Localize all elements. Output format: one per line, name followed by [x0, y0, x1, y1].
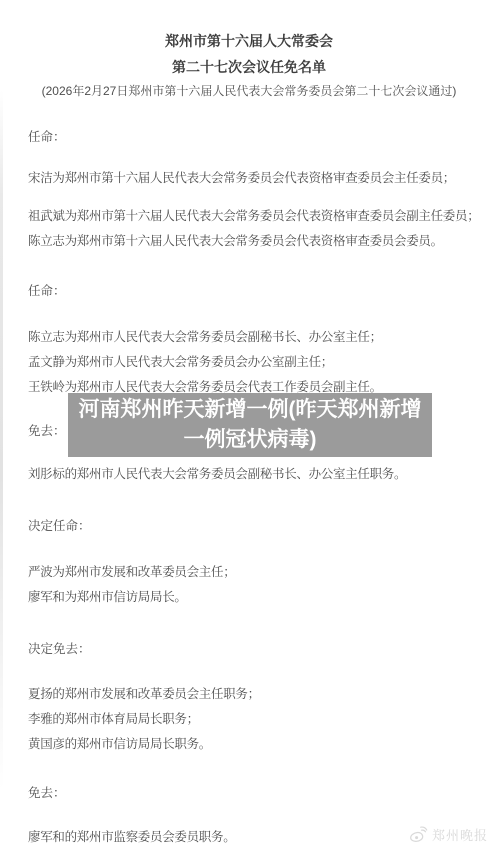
section-heading: 任命： — [28, 281, 470, 301]
appointment-line: 祖武斌为郑州市第十六届人民代表大会常务委员会代表资格审查委员会副主任委员； — [28, 204, 470, 229]
appointment-line: 陈立志为郑州市人民代表大会常务委员会副秘书长、办公室主任； — [28, 325, 470, 350]
watermark: 郑州晚报 — [408, 825, 488, 844]
doc-title-line2: 第二十七次会议任免名单 — [28, 56, 470, 78]
section-appointment-committee: 任命： 宋洁为郑州市第十六届人民代表大会常务委员会代表资格审查委员会主任委员； … — [28, 127, 470, 254]
doc-subtitle: (2026年2月27日郑州市第十六届人民代表大会常务委员会第二十七次会议通过) — [28, 82, 470, 100]
removal-line: 黄国彦的郑州市信访局局长职务。 — [28, 732, 470, 757]
section-heading: 任命： — [28, 127, 470, 147]
section-decide-removal: 决定免去： 夏扬的郑州市发展和改革委员会主任职务； 李雅的郑州市体育局局长职务；… — [28, 639, 470, 757]
removal-line: 廖军和的郑州市监察委员会委员职务。 — [28, 825, 470, 850]
removal-line: 刘肜标的郑州市人民代表大会常务委员会副秘书长、办公室主任职务。 — [28, 462, 470, 487]
weibo-logo-icon — [408, 826, 428, 843]
news-caption-text: 河南郑州昨天新增一例(昨天郑州新增一例冠状病毒) — [74, 395, 426, 455]
removal-line: 李雅的郑州市体育局局长职务； — [28, 707, 470, 732]
appointment-line: 孟文静为郑州市人民代表大会常务委员会办公室副主任； — [28, 350, 470, 375]
section-appointment-office: 任命： 陈立志为郑州市人民代表大会常务委员会副秘书长、办公室主任； 孟文静为郑州… — [28, 281, 470, 400]
removal-line: 夏扬的郑州市发展和改革委员会主任职务； — [28, 682, 470, 707]
section-heading: 免去： — [28, 783, 470, 803]
appointment-line: 严波为郑州市发展和改革委员会主任； — [28, 560, 470, 585]
section-heading: 决定免去： — [28, 639, 470, 659]
doc-title-line1: 郑州市第十六届人大常委会 — [28, 30, 470, 52]
appointment-line: 陈立志为郑州市第十六届人民代表大会常务委员会代表资格审查委员会委员。 — [28, 229, 470, 254]
section-heading: 决定任命： — [28, 516, 470, 536]
news-caption-overlay: 河南郑州昨天新增一例(昨天郑州新增一例冠状病毒) — [68, 393, 432, 457]
section-decide-appointment: 决定任命： 严波为郑州市发展和改革委员会主任； 廖军和为郑州市信访局局长。 — [28, 516, 470, 610]
section-removal-supervisory: 免去： 廖军和的郑州市监察委员会委员职务。 — [28, 783, 470, 850]
appointment-line: 廖军和为郑州市信访局局长。 — [28, 585, 470, 610]
watermark-text: 郑州晚报 — [432, 825, 488, 844]
appointment-line: 宋洁为郑州市第十六届人民代表大会常务委员会代表资格审查委员会主任委员； — [28, 166, 470, 191]
